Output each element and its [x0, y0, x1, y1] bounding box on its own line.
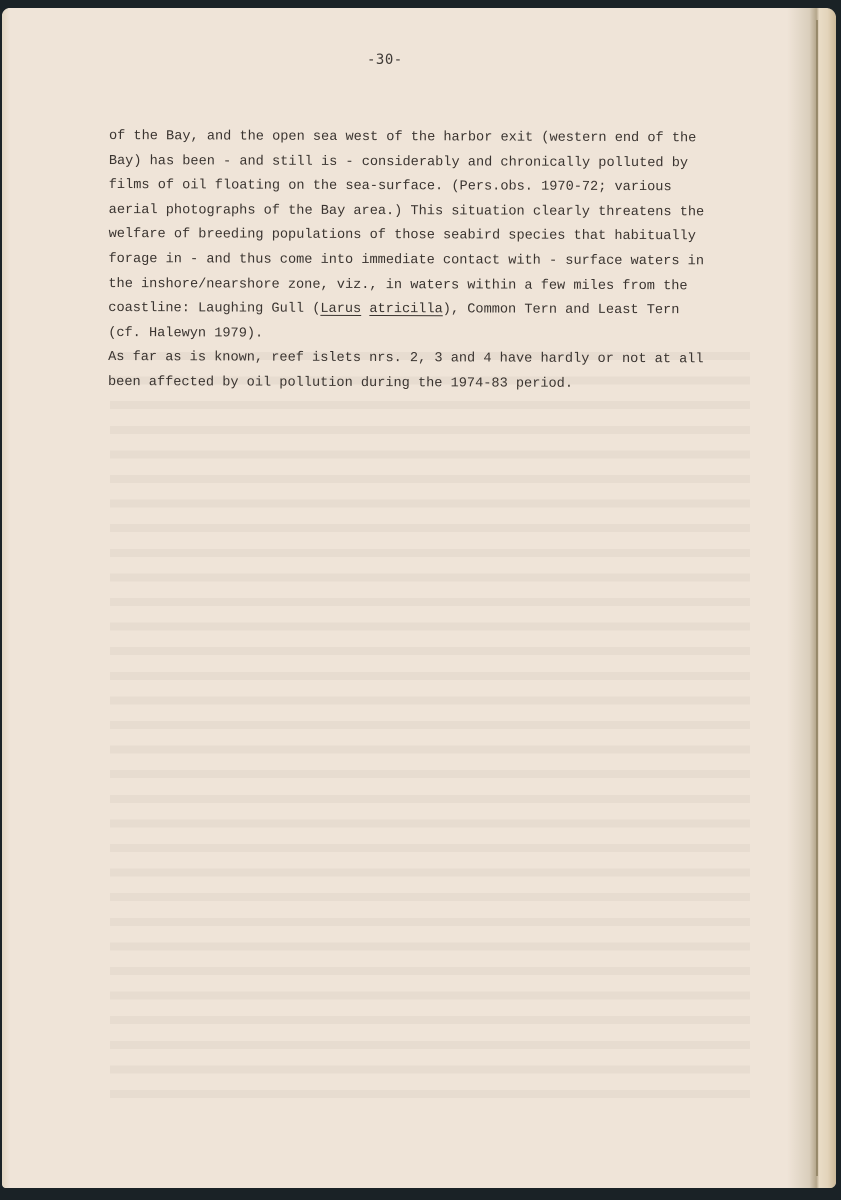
- text-line: films of oil floating on the sea-surface…: [109, 174, 749, 201]
- paragraph-1: of the Bay, and the open sea west of the…: [108, 125, 749, 349]
- text-line: the inshore/nearshore zone, viz., in wat…: [108, 273, 748, 300]
- text-line: forage in - and thus come into immediate…: [108, 248, 748, 275]
- text-line: welfare of breeding populations of those…: [109, 223, 749, 250]
- binding-edge: [816, 20, 818, 1176]
- genus-name: Larus: [320, 302, 361, 317]
- citation-line: (cf. Halewyn 1979).: [108, 322, 748, 349]
- document-page: -30- of the Bay, and the open sea west o…: [2, 8, 836, 1188]
- text-segment: ), Common Tern and Least Tern: [443, 302, 680, 318]
- text-segment: [361, 302, 369, 317]
- scanned-page-view: -30- of the Bay, and the open sea west o…: [0, 0, 841, 1200]
- text-line: of the Bay, and the open sea west of the…: [109, 125, 749, 152]
- paragraph-2: As far as is known, reef islets nrs. 2, …: [108, 346, 748, 398]
- binding-shadow: [766, 8, 836, 1188]
- page-number: -30-: [367, 52, 403, 68]
- text-line: As far as is known, reef islets nrs. 2, …: [108, 346, 748, 373]
- text-line: Bay) has been - and still is - considera…: [109, 150, 749, 177]
- body-text: of the Bay, and the open sea west of the…: [108, 125, 749, 398]
- text-segment: coastline: Laughing Gull (: [108, 301, 320, 317]
- reverse-side-bleed-through: [110, 338, 750, 1098]
- text-line: been affected by oil pollution during th…: [108, 371, 748, 398]
- species-name: atricilla: [369, 302, 442, 317]
- text-line-species: coastline: Laughing Gull (Larus atricill…: [108, 297, 748, 324]
- text-line: aerial photographs of the Bay area.) Thi…: [109, 199, 749, 226]
- page-edge: [2, 8, 10, 1188]
